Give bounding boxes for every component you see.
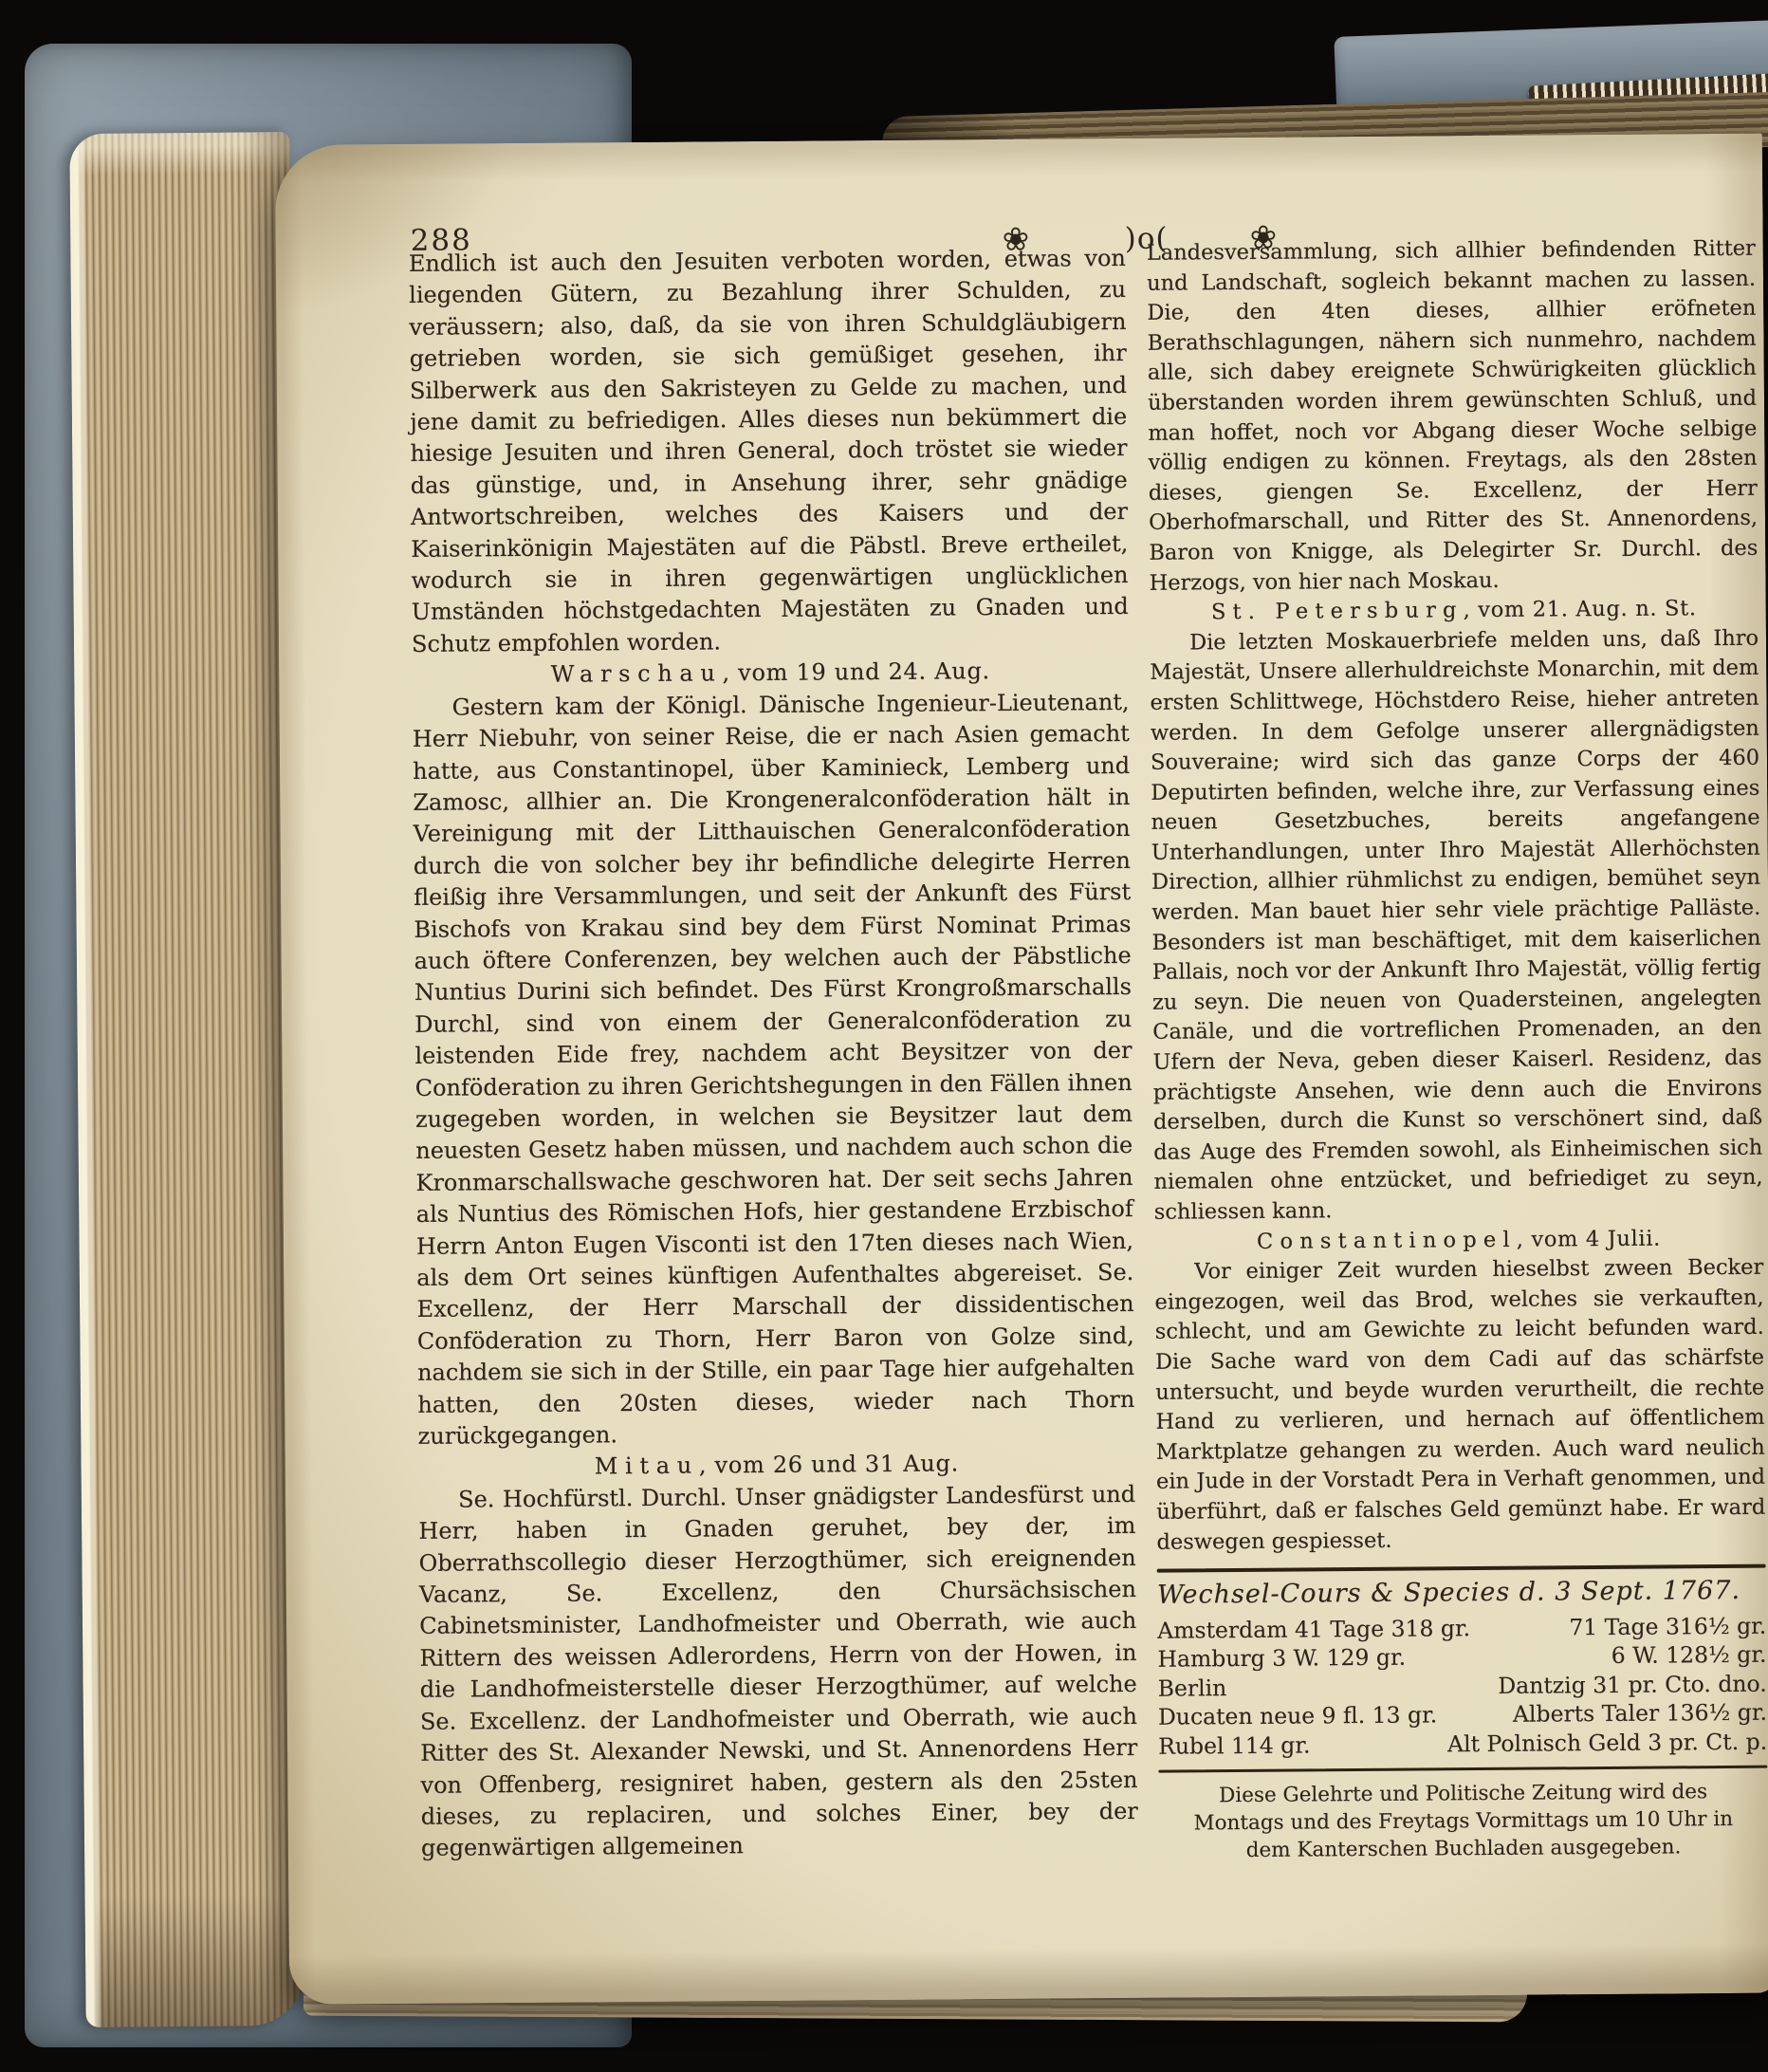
right-column-articles: Landesversammlung, sich allhier befinden… bbox=[1147, 234, 1766, 1558]
divider-rule-top bbox=[1157, 1564, 1766, 1573]
exchange-rate-row: Ducaten neue 9 fl. 13 gr.Alberts Taler 1… bbox=[1158, 1698, 1767, 1732]
book-page: 288 ❀ )o( ❀ Endlich ist auch den Jesuite… bbox=[275, 134, 1768, 2005]
article-dateline-heading: St. Petersburg, vom 21. Aug. n. St. bbox=[1150, 594, 1759, 629]
dateline-place: St. Petersburg bbox=[1211, 598, 1464, 624]
exchange-rate-left-value: Rubel 114 gr. bbox=[1158, 1730, 1311, 1761]
article-paragraph: Endlich ist auch den Jesuiten verboten w… bbox=[409, 243, 1129, 660]
exchange-rate-left-value: Amsterdam 41 Tage 318 gr. bbox=[1157, 1614, 1470, 1645]
exchange-rates-table: Amsterdam 41 Tage 318 gr.71 Tage 316½ gr… bbox=[1157, 1611, 1767, 1761]
exchange-rate-row: Rubel 114 gr.Alt Polnisch Geld 3 pr. Ct.… bbox=[1158, 1727, 1767, 1761]
dateline-date: , vom 4 Julii. bbox=[1517, 1226, 1661, 1251]
dateline-date: , vom 19 und 24. Aug. bbox=[722, 657, 990, 686]
article-dateline-heading: Constantinopel, vom 4 Julii. bbox=[1154, 1223, 1763, 1258]
exchange-rates-title: Wechsel-Cours & Species d. 3 Sept. 1767. bbox=[1157, 1576, 1766, 1611]
exchange-rate-right-value: 71 Tage 316½ gr. bbox=[1569, 1611, 1766, 1641]
imprint-note: Diese Gelehrte und Politische Zeitung wi… bbox=[1188, 1778, 1739, 1865]
article-paragraph: Die letzten Moskauerbriefe melden uns, d… bbox=[1150, 623, 1763, 1228]
dateline-place: Constantinopel bbox=[1257, 1227, 1517, 1253]
left-text-column: Endlich ist auch den Jesuiten verboten w… bbox=[409, 243, 1138, 1865]
exchange-rate-right-value: 6 W. 128½ gr. bbox=[1611, 1640, 1767, 1671]
exchange-rate-row: BerlinDantzig 31 pr. Cto. dno. bbox=[1158, 1669, 1767, 1703]
photographed-book-page: { "page": { "number": "288", "ornament_l… bbox=[0, 0, 1768, 2072]
divider-rule-bottom bbox=[1158, 1766, 1767, 1773]
right-text-column: Landesversammlung, sich allhier befinden… bbox=[1147, 234, 1768, 1865]
article-paragraph: Gestern kam der Königl. Dänische Ingenie… bbox=[412, 687, 1134, 1453]
exchange-rate-right-value: Alt Polnisch Geld 3 pr. Ct. p. bbox=[1447, 1727, 1767, 1758]
exchange-rate-row: Hamburg 3 W. 129 gr.6 W. 128½ gr. bbox=[1157, 1640, 1766, 1674]
exchange-rate-right-value: Dantzig 31 pr. Cto. dno. bbox=[1498, 1669, 1767, 1700]
article-paragraph: Se. Hochfürstl. Durchl. Unser gnädigster… bbox=[418, 1479, 1138, 1865]
exchange-rate-left-value: Berlin bbox=[1158, 1674, 1227, 1703]
dateline-place: Warschau bbox=[551, 660, 723, 688]
exchange-rate-left-value: Hamburg 3 W. 129 gr. bbox=[1157, 1643, 1406, 1674]
exchange-rate-row: Amsterdam 41 Tage 318 gr.71 Tage 316½ gr… bbox=[1157, 1611, 1766, 1645]
dateline-date: , vom 21. Aug. n. St. bbox=[1463, 596, 1696, 622]
exchange-rate-right-value: Alberts Taler 136½ gr. bbox=[1513, 1698, 1767, 1730]
exchange-rate-left-value: Ducaten neue 9 fl. 13 gr. bbox=[1158, 1701, 1437, 1732]
dateline-date: , vom 26 und 31 Aug. bbox=[699, 1451, 959, 1479]
article-paragraph: Vor einiger Zeit wurden hieselbst zween … bbox=[1154, 1253, 1765, 1558]
page-fore-edge-stack bbox=[69, 132, 305, 2027]
article-paragraph: Landesversammlung, sich allhier befinden… bbox=[1147, 234, 1759, 599]
dateline-place: Mitau bbox=[595, 1452, 699, 1480]
